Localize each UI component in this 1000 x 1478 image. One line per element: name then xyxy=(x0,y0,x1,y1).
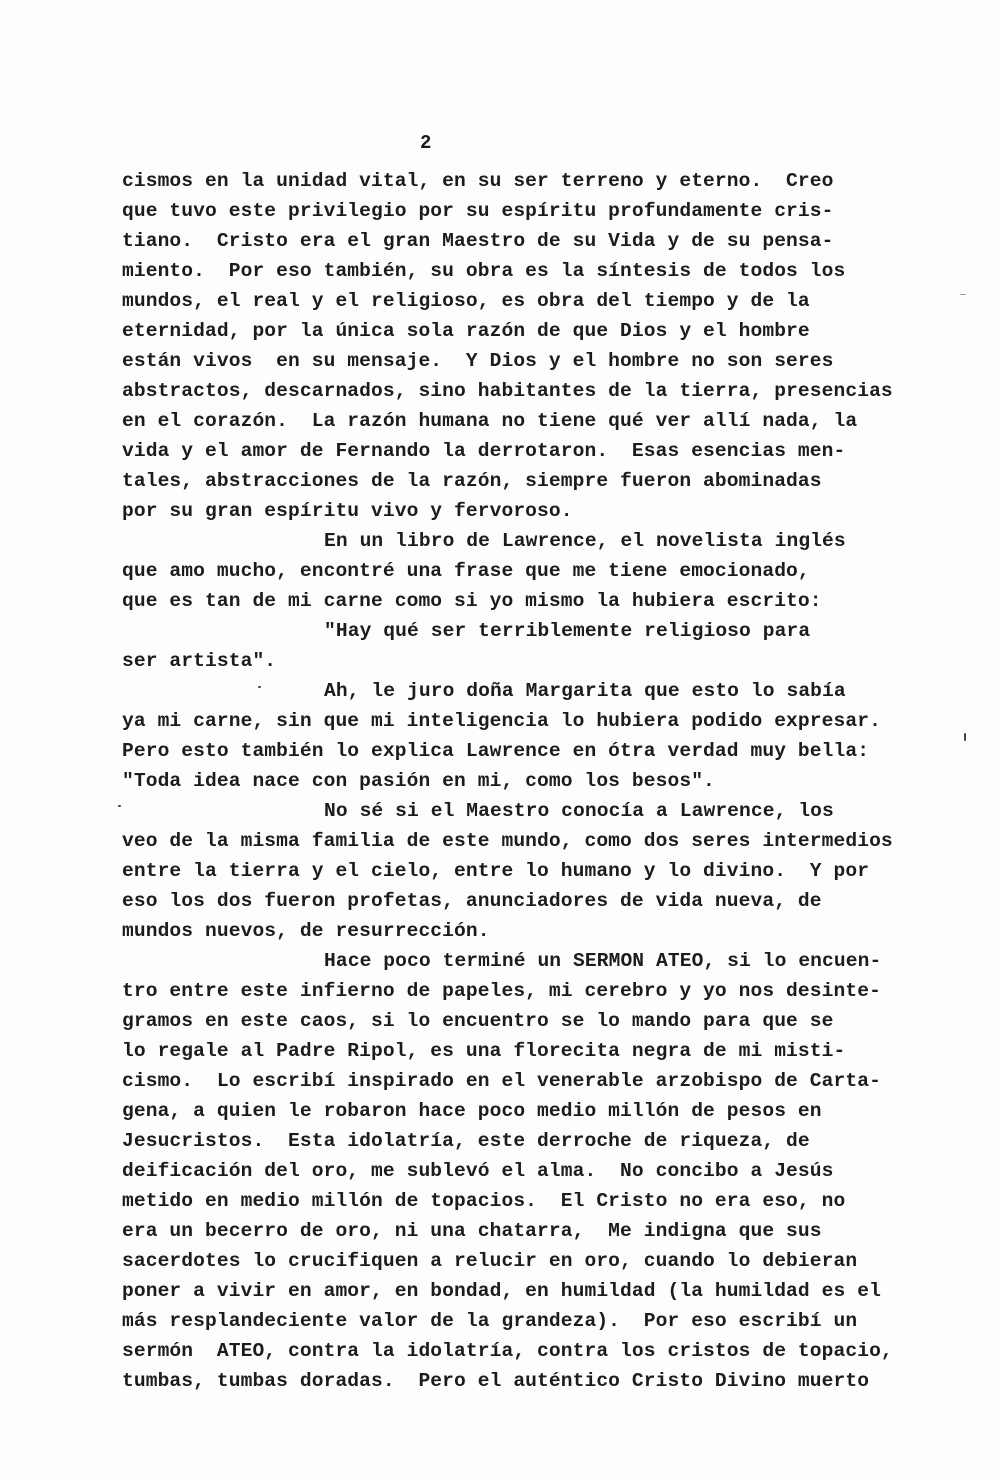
text-line: ya mi carne, sin que mi inteligencia lo … xyxy=(122,706,912,736)
text-line: Ah, le juro doña Margarita que esto lo s… xyxy=(122,676,912,706)
text-line: deificación del oro, me sublevó el alma.… xyxy=(122,1156,912,1186)
letter-body: cismos en la unidad vital, en su ser ter… xyxy=(122,166,912,1396)
text-line: más resplandeciente valor de la grandeza… xyxy=(122,1306,912,1336)
text-line: Hace poco terminé un SERMON ATEO, si lo … xyxy=(122,946,912,976)
text-line: están vivos en su mensaje. Y Dios y el h… xyxy=(122,346,912,376)
text-line: entre la tierra y el cielo, entre lo hum… xyxy=(122,856,912,886)
text-line: "Hay qué ser terriblemente religioso par… xyxy=(122,616,912,646)
paragraph-p5: Hace poco terminé un SERMON ATEO, si lo … xyxy=(122,946,912,1396)
text-line: tales, abstracciones de la razón, siempr… xyxy=(122,466,912,496)
text-line: ser artista". xyxy=(122,646,912,676)
text-line: era un becerro de oro, ni una chatarra, … xyxy=(122,1216,912,1246)
scan-mark xyxy=(960,294,966,295)
scan-mark xyxy=(964,733,966,741)
text-line: sacerdotes lo crucifiquen a relucir en o… xyxy=(122,1246,912,1276)
typewritten-page: 2 cismos en la unidad vital, en su ser t… xyxy=(0,0,1000,1478)
text-line: lo regale al Padre Ripol, es una floreci… xyxy=(122,1036,912,1066)
text-line: En un libro de Lawrence, el novelista in… xyxy=(122,526,912,556)
text-line: mundos nuevos, de resurrección. xyxy=(122,916,912,946)
scan-mark xyxy=(258,686,261,688)
text-line: abstractos, descarnados, sino habitantes… xyxy=(122,376,912,406)
text-line: vida y el amor de Fernando la derrotaron… xyxy=(122,436,912,466)
paragraph-p1: cismos en la unidad vital, en su ser ter… xyxy=(122,166,912,526)
paragraph-p2: En un libro de Lawrence, el novelista in… xyxy=(122,526,912,616)
text-line: gena, a quien le robaron hace poco medio… xyxy=(122,1096,912,1126)
text-line: que amo mucho, encontré una frase que me… xyxy=(122,556,912,586)
scan-mark xyxy=(118,805,121,807)
page-number: 2 xyxy=(420,132,431,154)
text-line: tumbas, tumbas doradas. Pero el auténtic… xyxy=(122,1366,912,1396)
text-line: tiano. Cristo era el gran Maestro de su … xyxy=(122,226,912,256)
text-line: tro entre este infierno de papeles, mi c… xyxy=(122,976,912,1006)
text-line: metido en medio millón de topacios. El C… xyxy=(122,1186,912,1216)
paragraph-p4: No sé si el Maestro conocía a Lawrence, … xyxy=(122,796,912,946)
text-line: que tuvo este privilegio por su espíritu… xyxy=(122,196,912,226)
text-line: mundos, el real y el religioso, es obra … xyxy=(122,286,912,316)
text-line: sermón ATEO, contra la idolatría, contra… xyxy=(122,1336,912,1366)
text-line: veo de la misma familia de este mundo, c… xyxy=(122,826,912,856)
text-line: en el corazón. La razón humana no tiene … xyxy=(122,406,912,436)
text-line: eternidad, por la única sola razón de qu… xyxy=(122,316,912,346)
text-line: que es tan de mi carne como si yo mismo … xyxy=(122,586,912,616)
text-line: por su gran espíritu vivo y fervoroso. xyxy=(122,496,912,526)
text-line: cismos en la unidad vital, en su ser ter… xyxy=(122,166,912,196)
text-line: eso los dos fueron profetas, anunciadore… xyxy=(122,886,912,916)
paragraph-quote1: "Hay qué ser terriblemente religioso par… xyxy=(122,616,912,676)
text-line: miento. Por eso también, su obra es la s… xyxy=(122,256,912,286)
text-line: Jesucristos. Esta idolatría, este derroc… xyxy=(122,1126,912,1156)
text-line: cismo. Lo escribí inspirado en el venera… xyxy=(122,1066,912,1096)
paragraph-p3: Ah, le juro doña Margarita que esto lo s… xyxy=(122,676,912,796)
text-line: "Toda idea nace con pasión en mi, como l… xyxy=(122,766,912,796)
text-line: gramos en este caos, si lo encuentro se … xyxy=(122,1006,912,1036)
text-line: poner a vivir en amor, en bondad, en hum… xyxy=(122,1276,912,1306)
text-line: Pero esto también lo explica Lawrence en… xyxy=(122,736,912,766)
text-line: No sé si el Maestro conocía a Lawrence, … xyxy=(122,796,912,826)
